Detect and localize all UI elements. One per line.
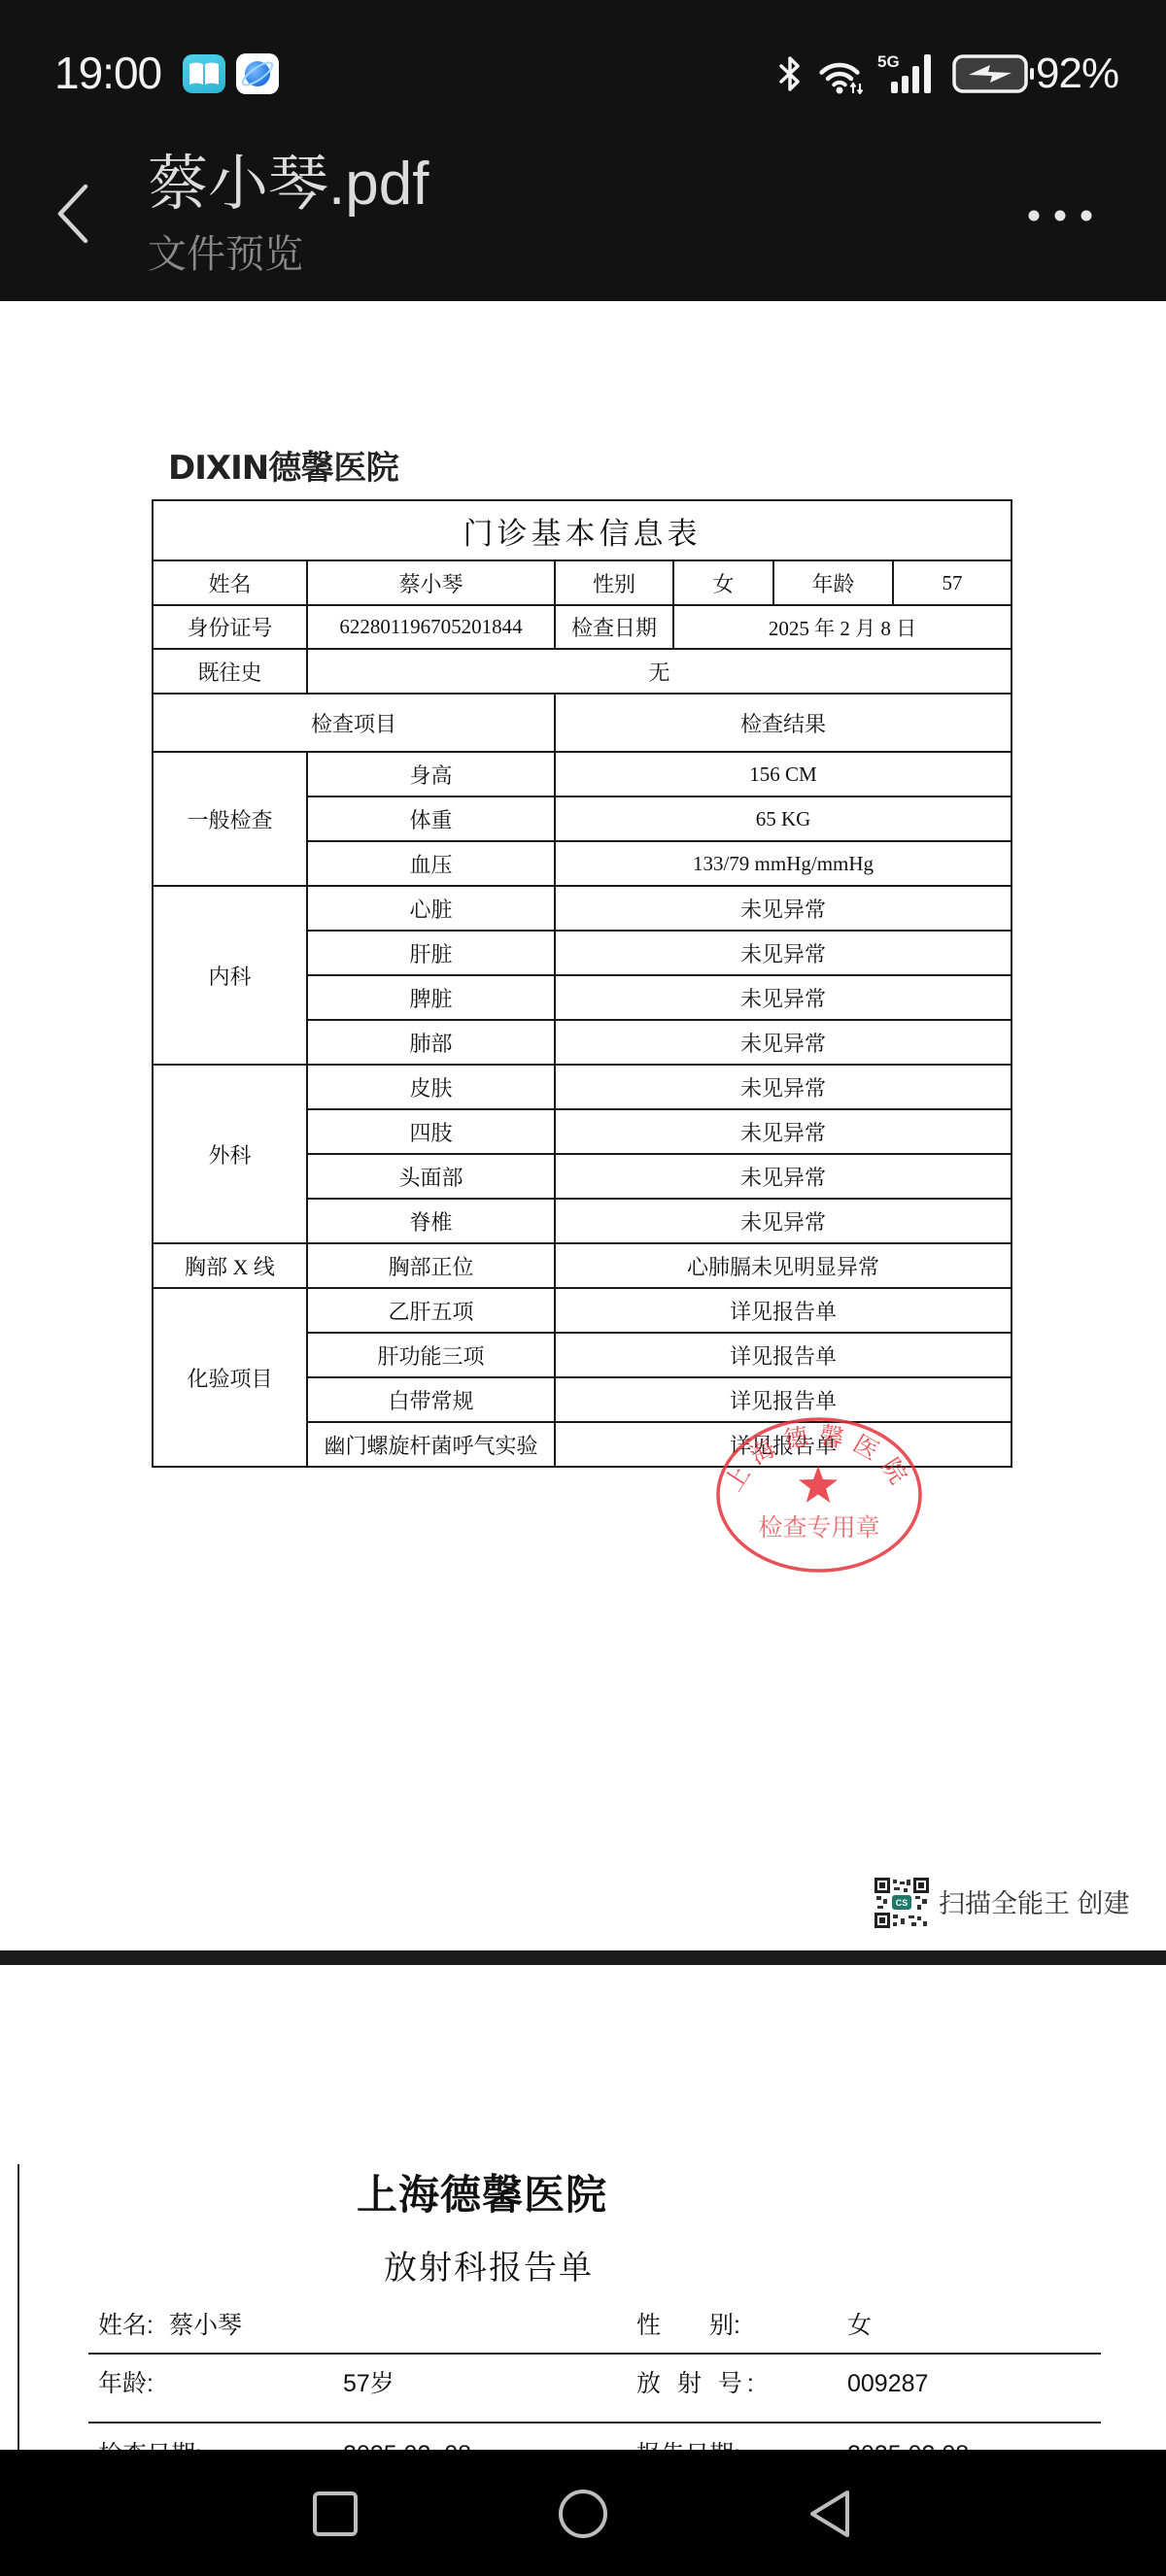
item-name: 皮肤 xyxy=(307,1065,555,1109)
group-label: 一般检查 xyxy=(153,752,307,886)
history-label: 既往史 xyxy=(153,649,307,694)
item-name: 乙肝五项 xyxy=(307,1288,555,1333)
cellular-signal-icon: 5G xyxy=(877,51,940,95)
more-horizontal-icon xyxy=(1025,208,1095,223)
bluetooth-icon xyxy=(775,53,805,94)
home-button[interactable] xyxy=(539,2470,627,2558)
network-type-label: 5G xyxy=(877,52,900,71)
item-name: 四肢 xyxy=(307,1109,555,1154)
item-result: 未见异常 xyxy=(555,975,1012,1020)
row2-value2: 009287 xyxy=(847,2369,928,2398)
logo-brand-cn: 德馨医院 xyxy=(268,449,398,488)
item-name: 血压 xyxy=(307,841,555,886)
item-result: 65 KG xyxy=(555,797,1012,841)
hospital-logo: DIXIN德馨医院 xyxy=(168,449,398,488)
id-label: 身份证号 xyxy=(153,605,307,649)
group-label: 胸部 X 线 xyxy=(153,1243,307,1288)
wifi-icon xyxy=(816,53,869,94)
chevron-left-icon xyxy=(53,182,92,246)
top-bar: 19:00 5G 92% xyxy=(0,0,1166,301)
report-title: 放射科报告单 xyxy=(384,2249,594,2288)
recents-square-icon xyxy=(313,2491,358,2536)
item-name: 胸部正位 xyxy=(307,1243,555,1288)
row1-value1: 蔡小琴 xyxy=(169,2311,242,2340)
back-triangle-icon xyxy=(807,2488,852,2540)
item-name: 身高 xyxy=(307,752,555,797)
system-nav-bar xyxy=(0,2450,1166,2576)
item-name: 白带常规 xyxy=(307,1377,555,1422)
pdf-viewer-scroll-area[interactable]: DIXIN德馨医院 门诊基本信息表 姓名 蔡小琴 性别 女 年龄 57 身份证号… xyxy=(0,301,1166,2450)
row3-value1: 2025.02. 08 xyxy=(343,2440,471,2450)
table-row: 外科 皮肤 未见异常 xyxy=(153,1065,1012,1109)
hospital-name: 上海德馨医院 xyxy=(357,2172,607,2219)
star-icon xyxy=(799,1466,838,1503)
browser-app-icon xyxy=(236,53,279,94)
file-subtitle: 文件预览 xyxy=(148,231,303,278)
group-label: 外科 xyxy=(153,1065,307,1243)
column-header-item: 检查项目 xyxy=(153,694,555,752)
row3-label2: 报告日期: xyxy=(636,2440,740,2450)
age-label: 年龄 xyxy=(773,560,893,605)
column-header-result: 检查结果 xyxy=(555,694,1012,752)
item-result: 未见异常 xyxy=(555,1109,1012,1154)
svg-text:CS: CS xyxy=(896,1898,909,1908)
file-title: 蔡小琴.pdf xyxy=(148,151,429,219)
scanner-watermark: 扫描全能王 创建 xyxy=(939,1889,1130,1918)
pdf-page-1: DIXIN德馨医院 门诊基本信息表 姓名 蔡小琴 性别 女 年龄 57 身份证号… xyxy=(0,301,1166,1950)
item-result: 未见异常 xyxy=(555,931,1012,975)
item-result: 133/79 mmHg/mmHg xyxy=(555,841,1012,886)
nav-back-button[interactable] xyxy=(786,2470,874,2558)
stamp-center-text: 检查专用章 xyxy=(758,1513,879,1542)
item-result: 未见异常 xyxy=(555,1065,1012,1109)
item-name: 心脏 xyxy=(307,886,555,931)
item-result: 未见异常 xyxy=(555,1020,1012,1065)
item-name: 脊椎 xyxy=(307,1199,555,1243)
item-result: 未见异常 xyxy=(555,886,1012,931)
item-result: 心肺膈未见明显异常 xyxy=(555,1243,1012,1288)
battery-charging-icon xyxy=(952,54,1038,93)
divider-line xyxy=(88,2422,1101,2423)
pdf-page-2: 上海德馨医院 放射科报告单 姓名: 蔡小琴 性 别: 女 年龄: 57岁 放 射… xyxy=(0,1965,1166,2450)
table-row: 胸部 X 线 胸部正位 心肺膈未见明显异常 xyxy=(153,1243,1012,1288)
item-name: 肝脏 xyxy=(307,931,555,975)
row1-label1: 姓名: xyxy=(98,2311,154,2340)
more-options-button[interactable] xyxy=(1020,194,1100,237)
row3-label1: 检查日期: xyxy=(98,2440,202,2450)
item-name: 体重 xyxy=(307,797,555,841)
status-time: 19:00 xyxy=(54,51,161,95)
gender-label: 性别 xyxy=(555,560,673,605)
item-result: 详见报告单 xyxy=(555,1288,1012,1333)
table-row: 化验项目 乙肝五项 详见报告单 xyxy=(153,1288,1012,1333)
recents-button[interactable] xyxy=(291,2470,379,2558)
item-name: 肺部 xyxy=(307,1020,555,1065)
item-name: 脾脏 xyxy=(307,975,555,1020)
official-stamp: 上海德馨医院 检查专用章 xyxy=(714,1415,924,1575)
item-name: 幽门螺旋杆菌呼气实验 xyxy=(307,1422,555,1467)
battery-percent: 92% xyxy=(1036,51,1118,96)
item-result: 未见异常 xyxy=(555,1199,1012,1243)
group-label: 化验项目 xyxy=(153,1288,307,1467)
form-title: 门诊基本信息表 xyxy=(153,500,1012,560)
outpatient-info-table: 门诊基本信息表 姓名 蔡小琴 性别 女 年龄 57 身份证号 622801196… xyxy=(152,499,1012,1468)
item-result: 详见报告单 xyxy=(555,1333,1012,1377)
group-label: 内科 xyxy=(153,886,307,1065)
item-result: 未见异常 xyxy=(555,1154,1012,1199)
name-label: 姓名 xyxy=(153,560,307,605)
row2-label1: 年龄: xyxy=(98,2369,154,2398)
age-value: 57 xyxy=(893,560,1012,605)
home-circle-icon xyxy=(559,2490,607,2538)
exam-date-label: 检查日期 xyxy=(555,605,673,649)
logo-brand-en: DIXIN xyxy=(168,449,268,488)
scan-edge-line xyxy=(17,2164,19,2450)
reader-app-icon xyxy=(183,54,225,93)
item-result: 156 CM xyxy=(555,752,1012,797)
row1-label2: 性 别: xyxy=(636,2311,740,2340)
table-row: 一般检查 身高 156 CM xyxy=(153,752,1012,797)
id-value: 622801196705201844 xyxy=(307,605,555,649)
back-button[interactable] xyxy=(45,175,101,253)
exam-date-value: 2025 年 2 月 8 日 xyxy=(673,605,1012,649)
gender-value: 女 xyxy=(673,560,773,605)
row2-value1: 57岁 xyxy=(343,2369,394,2398)
row3-value2: 2025.02.08 xyxy=(847,2440,969,2450)
divider-line xyxy=(88,2353,1101,2355)
row2-label2: 放 射 号: xyxy=(636,2369,759,2398)
history-value: 无 xyxy=(307,649,1012,694)
item-name: 头面部 xyxy=(307,1154,555,1199)
table-row: 内科 心脏 未见异常 xyxy=(153,886,1012,931)
item-name: 肝功能三项 xyxy=(307,1333,555,1377)
row1-value2: 女 xyxy=(847,2311,872,2340)
name-value: 蔡小琴 xyxy=(307,560,555,605)
qr-code-icon: CS xyxy=(874,1878,929,1928)
